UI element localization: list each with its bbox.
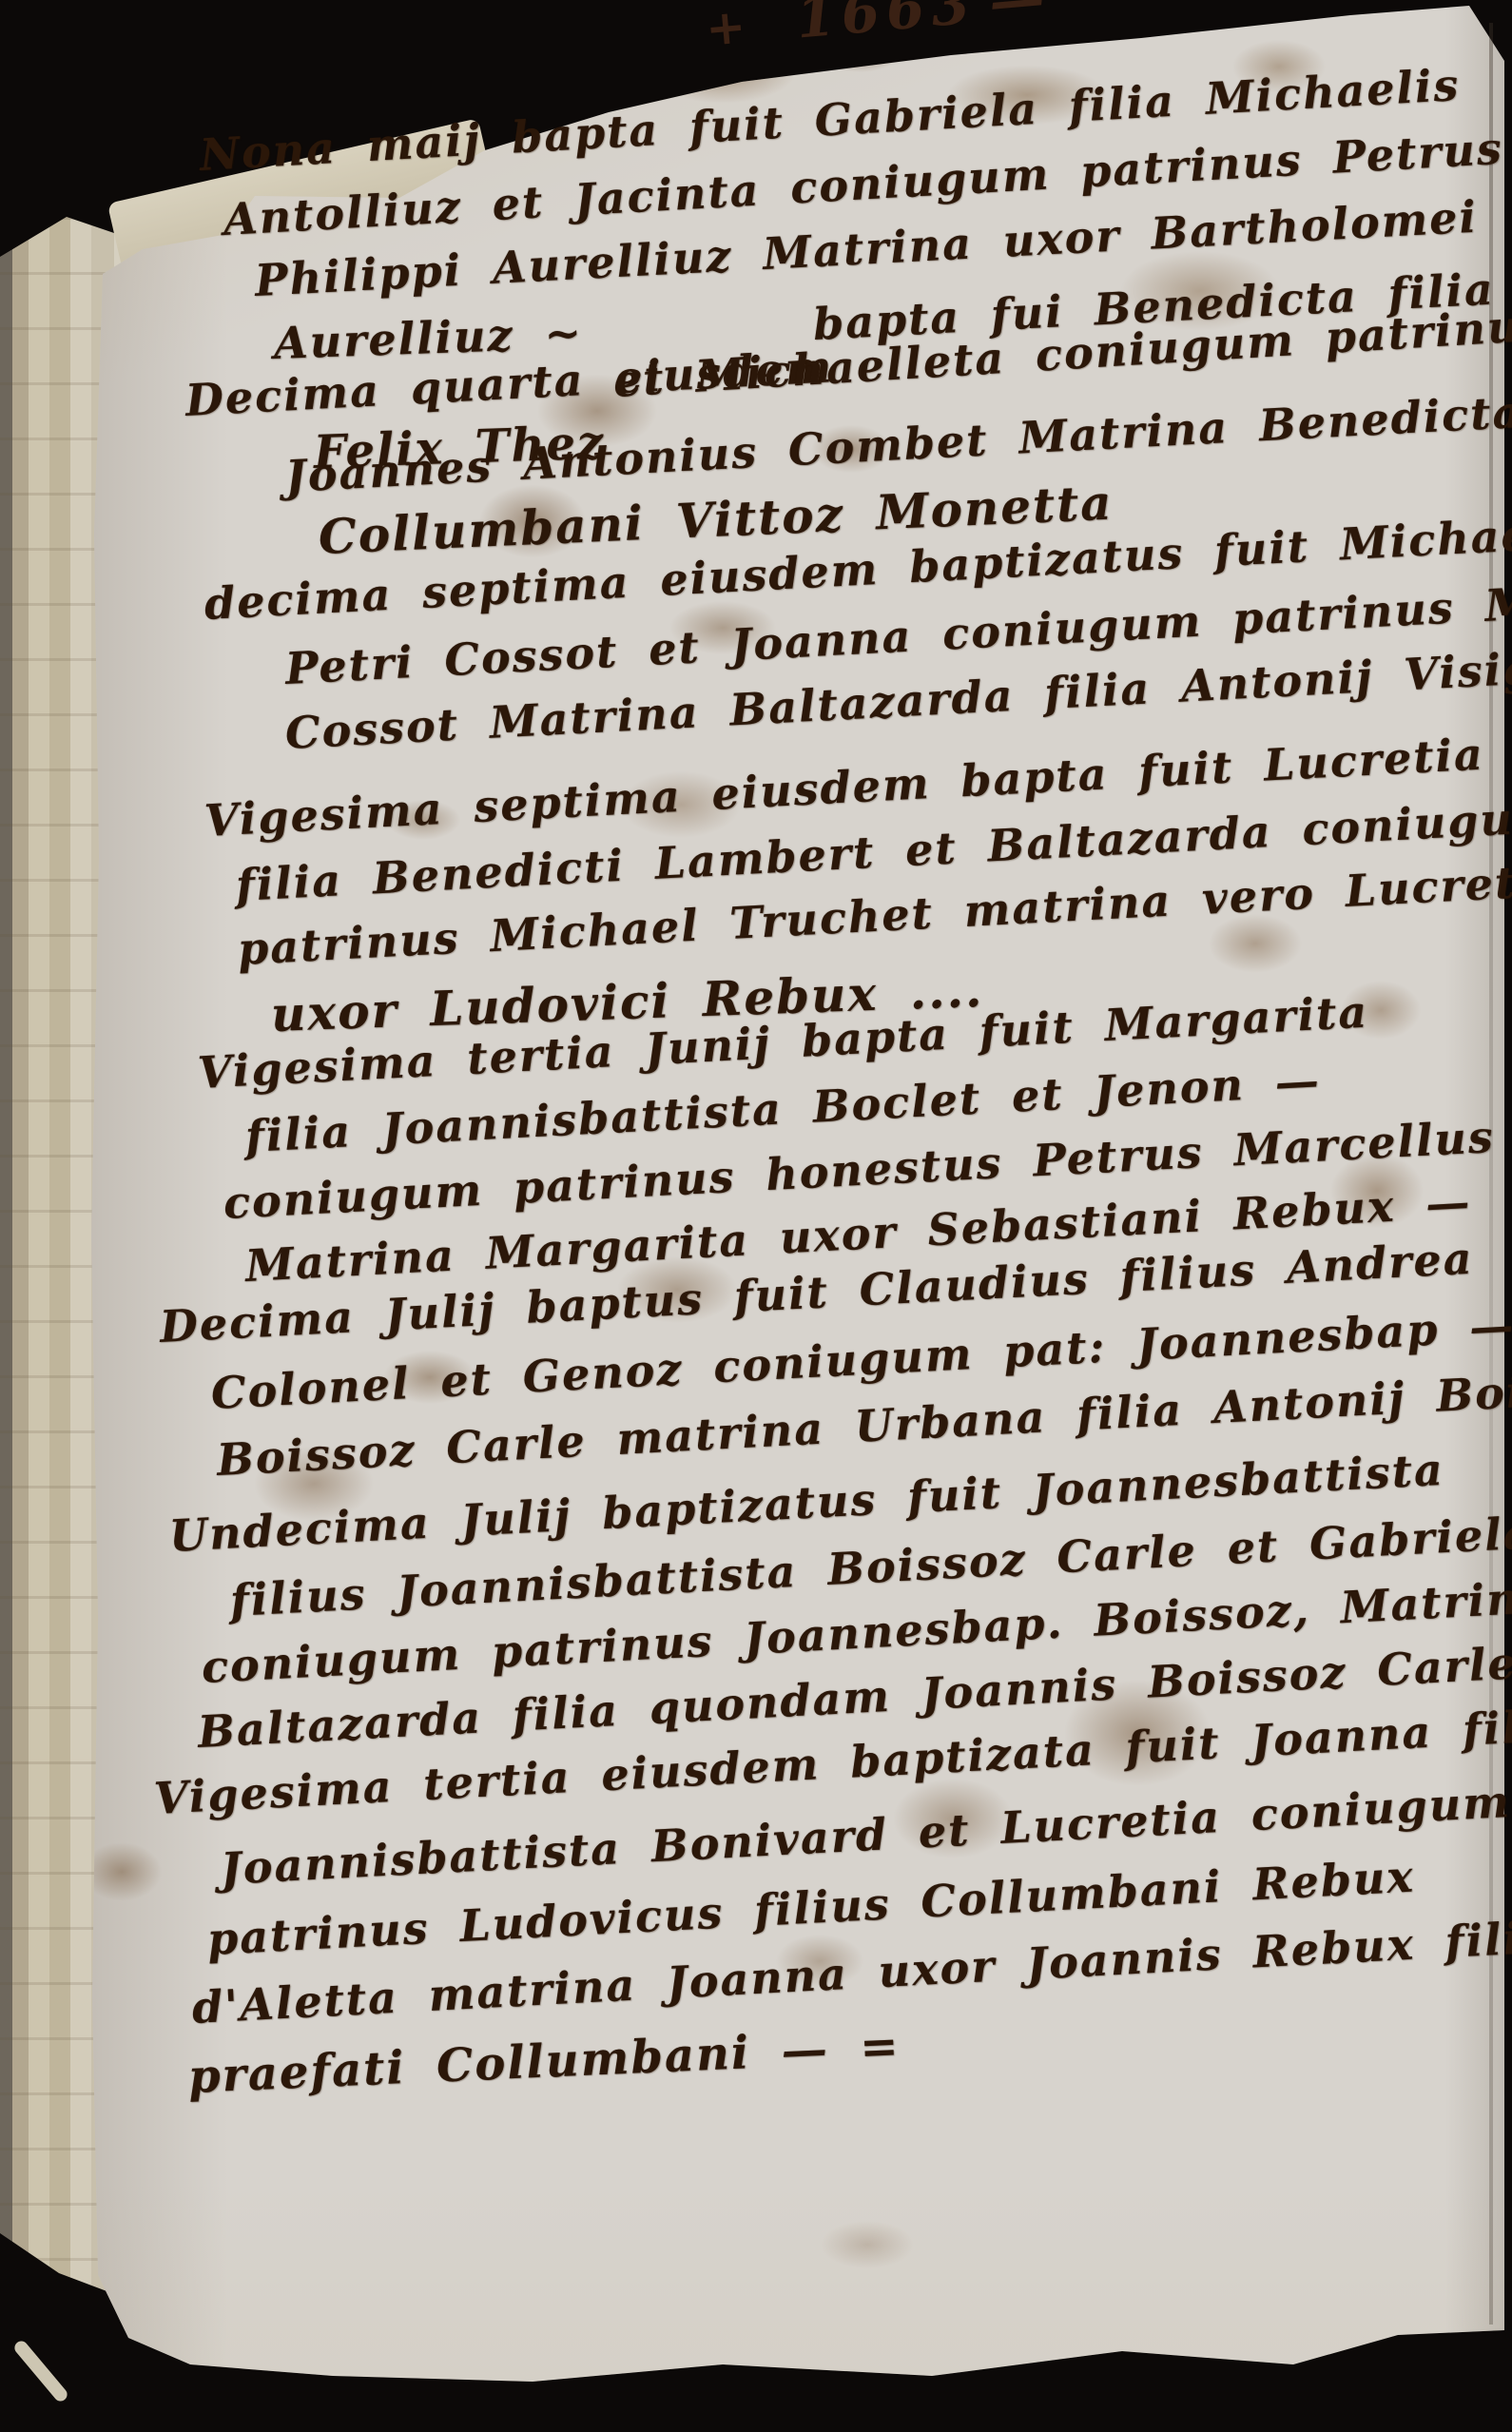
manuscript-photo: +1663— Nona maij bapta fuit Gabriela fil… — [0, 0, 1512, 2432]
manuscript-line: praefati Collumbani — = — [187, 2023, 901, 2100]
handwritten-text: Nona maij bapta fuit Gabriela filia Mich… — [0, 0, 1512, 2432]
